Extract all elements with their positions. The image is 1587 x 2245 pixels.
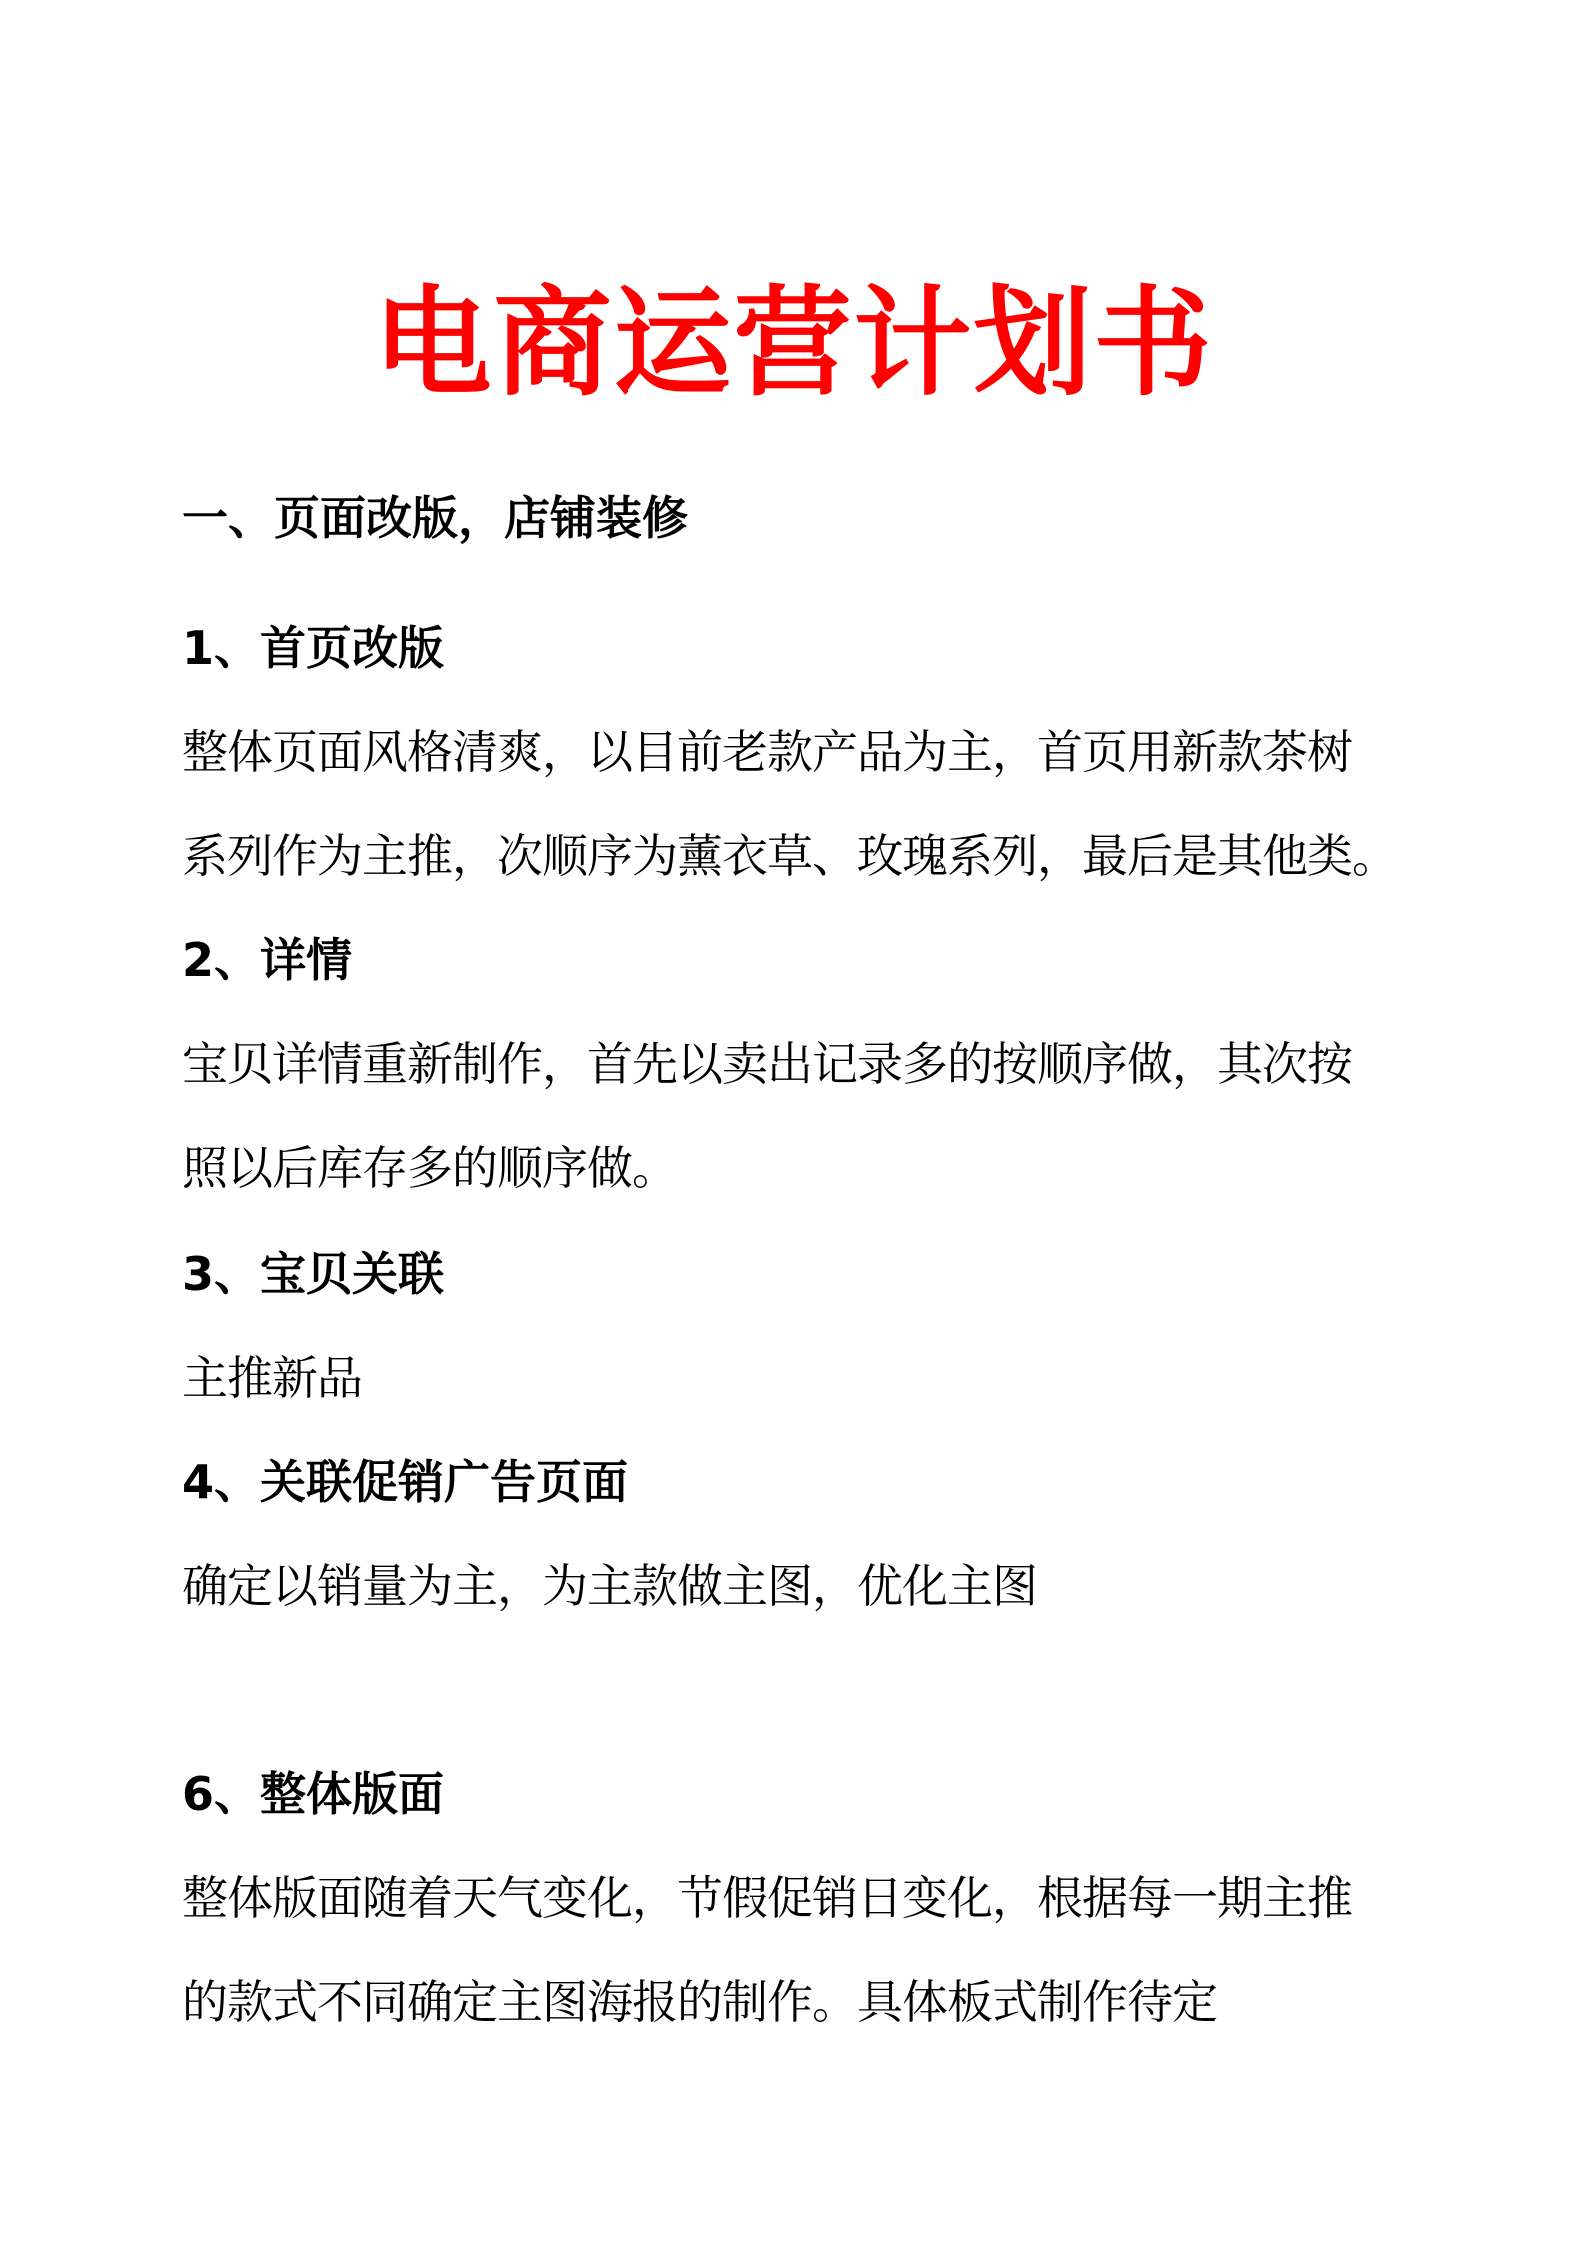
item-heading-promo-ad-page: 4、关联促销广告页面 [182, 1452, 628, 1512]
paragraph-line: 系列作为主推，次顺序为薰衣草、玫瑰系列，最后是其他类。 [182, 826, 1397, 886]
item-heading-overall-layout: 6、整体版面 [182, 1764, 444, 1824]
paragraph-line: 确定以销量为主，为主款做主图，优化主图 [182, 1556, 1037, 1616]
item-heading-product-linking: 3、宝贝关联 [182, 1244, 444, 1304]
item-heading-homepage-redesign: 1、首页改版 [182, 618, 444, 678]
paragraph-line: 整体版面随着天气变化，节假促销日变化，根据每一期主推 [182, 1868, 1352, 1928]
document-title: 电商运营计划书 [0, 268, 1587, 418]
paragraph-line: 的款式不同确定主图海报的制作。具体板式制作待定 [182, 1972, 1217, 2032]
item-heading-details: 2、详情 [182, 930, 352, 990]
paragraph-line: 主推新品 [182, 1348, 362, 1408]
paragraph-line: 宝贝详情重新制作，首先以卖出记录多的按顺序做，其次按 [182, 1034, 1352, 1094]
section-heading: 一、页面改版，店铺装修 [182, 488, 688, 548]
paragraph-line: 整体页面风格清爽，以目前老款产品为主，首页用新款茶树 [182, 722, 1352, 782]
paragraph-line: 照以后库存多的顺序做。 [182, 1138, 677, 1198]
